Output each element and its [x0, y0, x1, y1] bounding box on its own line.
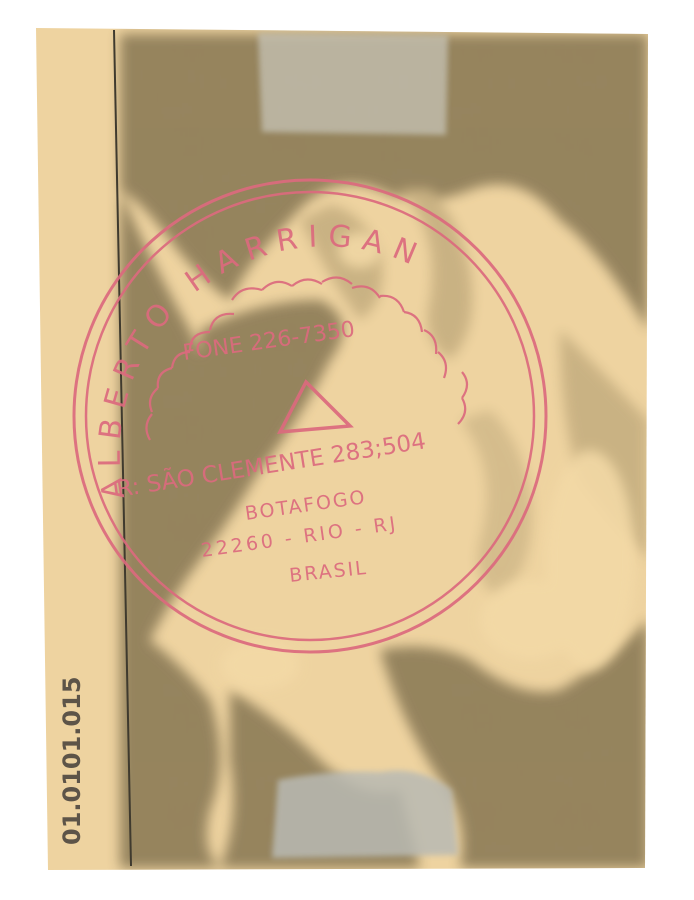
tape-top: [258, 33, 448, 135]
scanned-clipping: ALBERTO HARRIGAN FONE 226-7350 R: SÃO CL…: [0, 0, 694, 900]
tape-bottom: [272, 770, 458, 858]
reference-number: 01.0101.015: [58, 676, 86, 845]
